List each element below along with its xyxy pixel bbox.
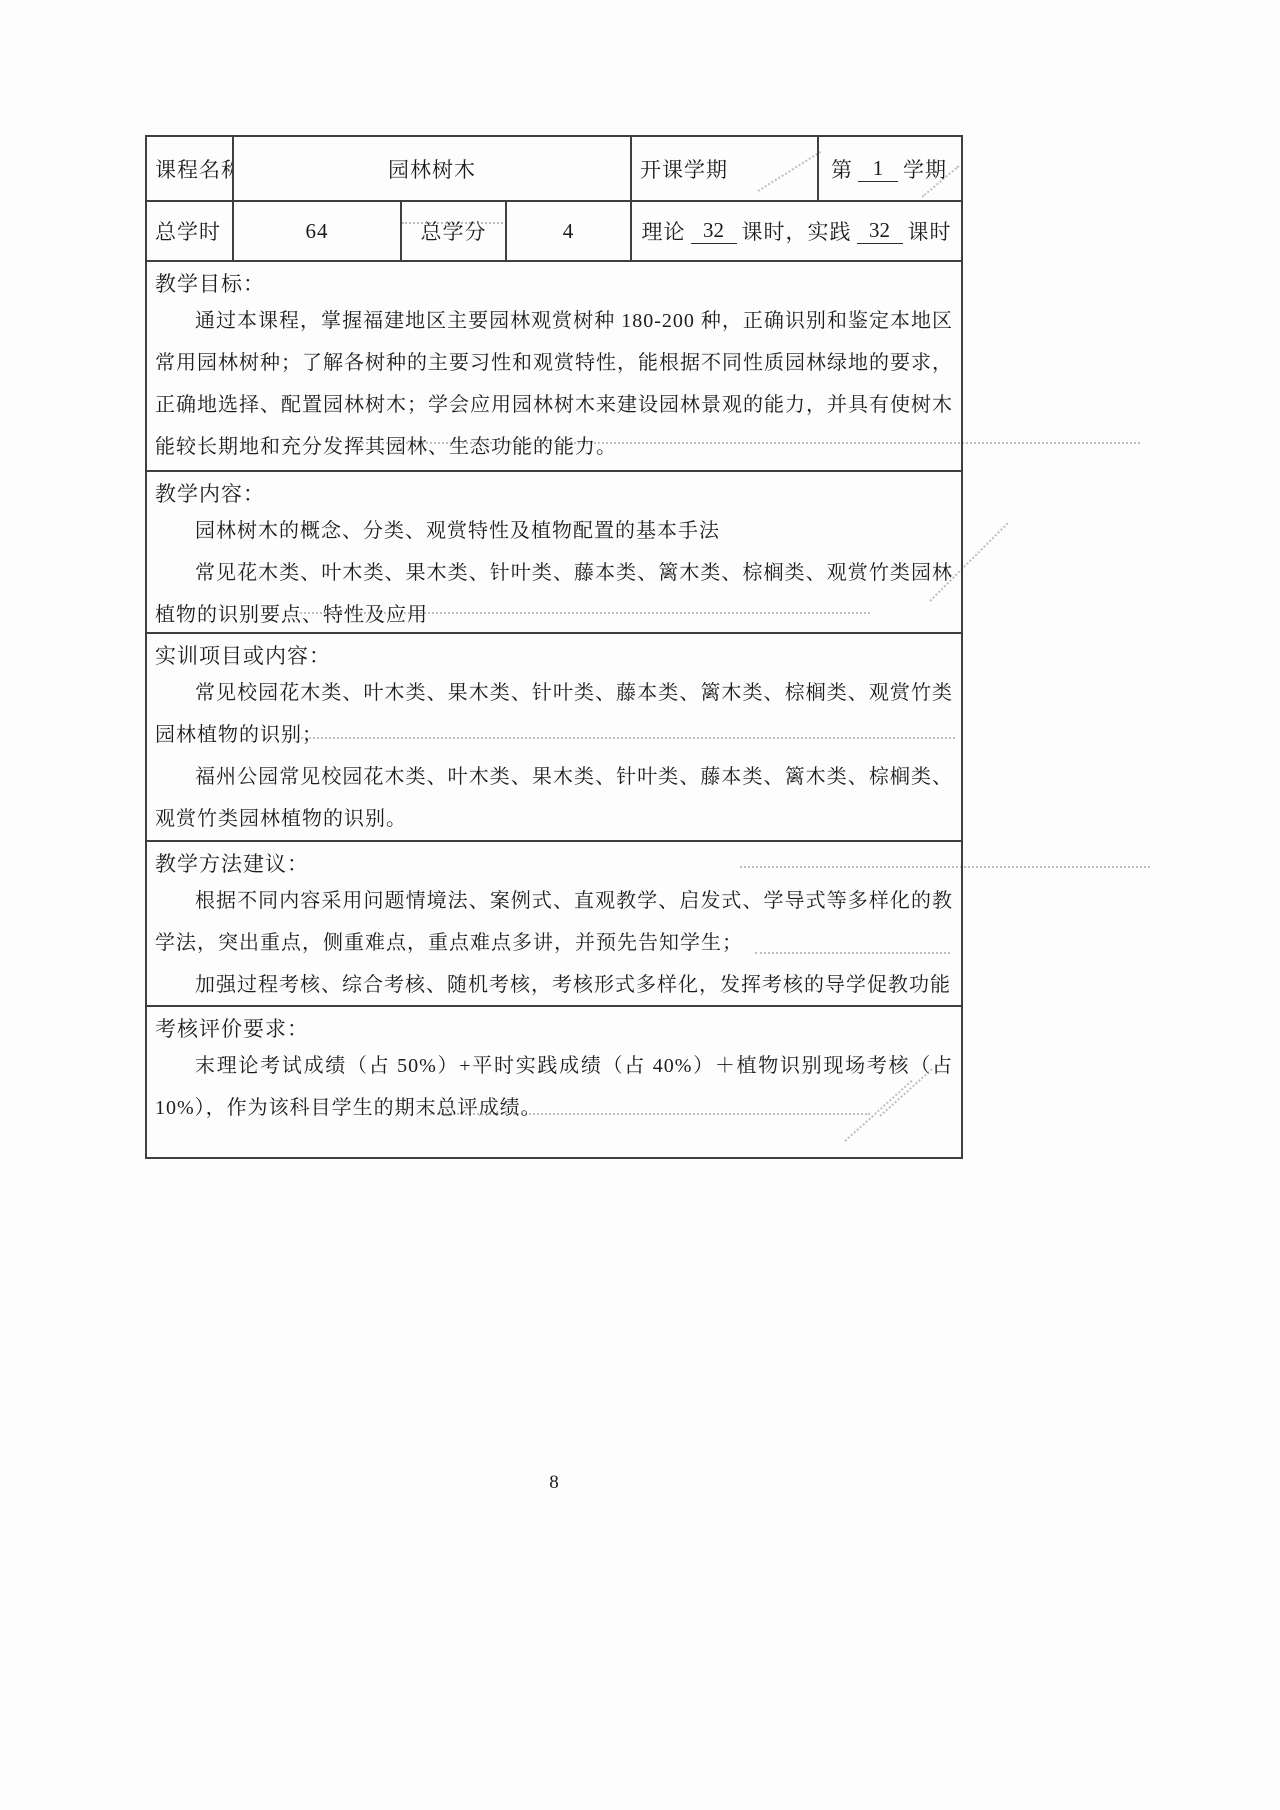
semester-suffix: 学期 [903, 154, 947, 184]
practice-label: 实践 [808, 216, 852, 246]
section-title: 教学内容： [155, 472, 953, 510]
total-hours-value: 64 [234, 202, 402, 260]
table-row-course-name: 课程名称 园林树木 开课学期 第 1 学期 [147, 137, 961, 202]
total-hours-label: 总学时 [147, 202, 234, 260]
semester-number: 1 [858, 156, 898, 182]
course-syllabus-table: 课程名称 园林树木 开课学期 第 1 学期 总学时 64 总学分 4 理论 32… [145, 135, 963, 1159]
section-teaching-methods: 教学方法建议： 根据不同内容采用问题情境法、案例式、直观教学、启发式、学导式等多… [147, 842, 961, 1007]
section-paragraph: 园林树木的概念、分类、观赏特性及植物配置的基本手法 [155, 510, 953, 552]
theory-label: 理论 [642, 216, 686, 246]
section-title: 实训项目或内容： [155, 634, 953, 672]
section-title: 考核评价要求： [155, 1007, 953, 1045]
semester-value: 第 1 学期 [819, 137, 961, 200]
hours-breakdown: 理论 32 课时， 实践 32 课时 [632, 202, 961, 260]
section-paragraph: 常见校园花木类、叶木类、果木类、针叶类、藤本类、篱木类、棕榈类、观赏竹类园林植物… [155, 672, 953, 756]
section-title: 教学方法建议： [155, 842, 953, 880]
section-training-items: 实训项目或内容： 常见校园花木类、叶木类、果木类、针叶类、藤本类、篱木类、棕榈类… [147, 634, 961, 842]
table-row-hours: 总学时 64 总学分 4 理论 32 课时， 实践 32 课时 [147, 202, 961, 262]
total-credits-value: 4 [507, 202, 632, 260]
practice-hours-value: 32 [857, 218, 903, 244]
course-name-value: 园林树木 [234, 137, 632, 200]
section-teaching-content: 教学内容： 园林树木的概念、分类、观赏特性及植物配置的基本手法 常见花木类、叶木… [147, 472, 961, 634]
section-teaching-objectives: 教学目标： 通过本课程，掌握福建地区主要园林观赏树种 180-200 种，正确识… [147, 262, 961, 472]
theory-unit: 课时， [742, 216, 808, 246]
semester-prefix: 第 [831, 154, 853, 184]
document-page: 课程名称 园林树木 开课学期 第 1 学期 总学时 64 总学分 4 理论 32… [0, 0, 1280, 1810]
section-paragraph: 福州公园常见校园花木类、叶木类、果木类、针叶类、藤本类、篱木类、棕榈类、观赏竹类… [155, 756, 953, 840]
total-credits-label: 总学分 [402, 202, 507, 260]
page-number: 8 [145, 1472, 963, 1494]
section-assessment-requirements: 考核评价要求： 末理论考试成绩（占 50%）+平时实践成绩（占 40%）＋植物识… [147, 1007, 961, 1157]
section-paragraph: 通过本课程，掌握福建地区主要园林观赏树种 180-200 种，正确识别和鉴定本地… [155, 300, 953, 468]
theory-hours-value: 32 [691, 218, 737, 244]
section-paragraph: 根据不同内容采用问题情境法、案例式、直观教学、启发式、学导式等多样化的教学法，突… [155, 880, 953, 964]
section-paragraph: 末理论考试成绩（占 50%）+平时实践成绩（占 40%）＋植物识别现场考核（占 … [155, 1045, 953, 1129]
practice-unit: 课时 [908, 216, 952, 246]
section-paragraph: 加强过程考核、综合考核、随机考核，考核形式多样化，发挥考核的导学促教功能 [155, 964, 953, 1006]
semester-label: 开课学期 [632, 137, 819, 200]
section-paragraph: 常见花木类、叶木类、果木类、针叶类、藤本类、篱木类、棕榈类、观赏竹类园林植物的识… [155, 552, 953, 634]
section-title: 教学目标： [155, 262, 953, 300]
course-name-label: 课程名称 [147, 137, 234, 200]
